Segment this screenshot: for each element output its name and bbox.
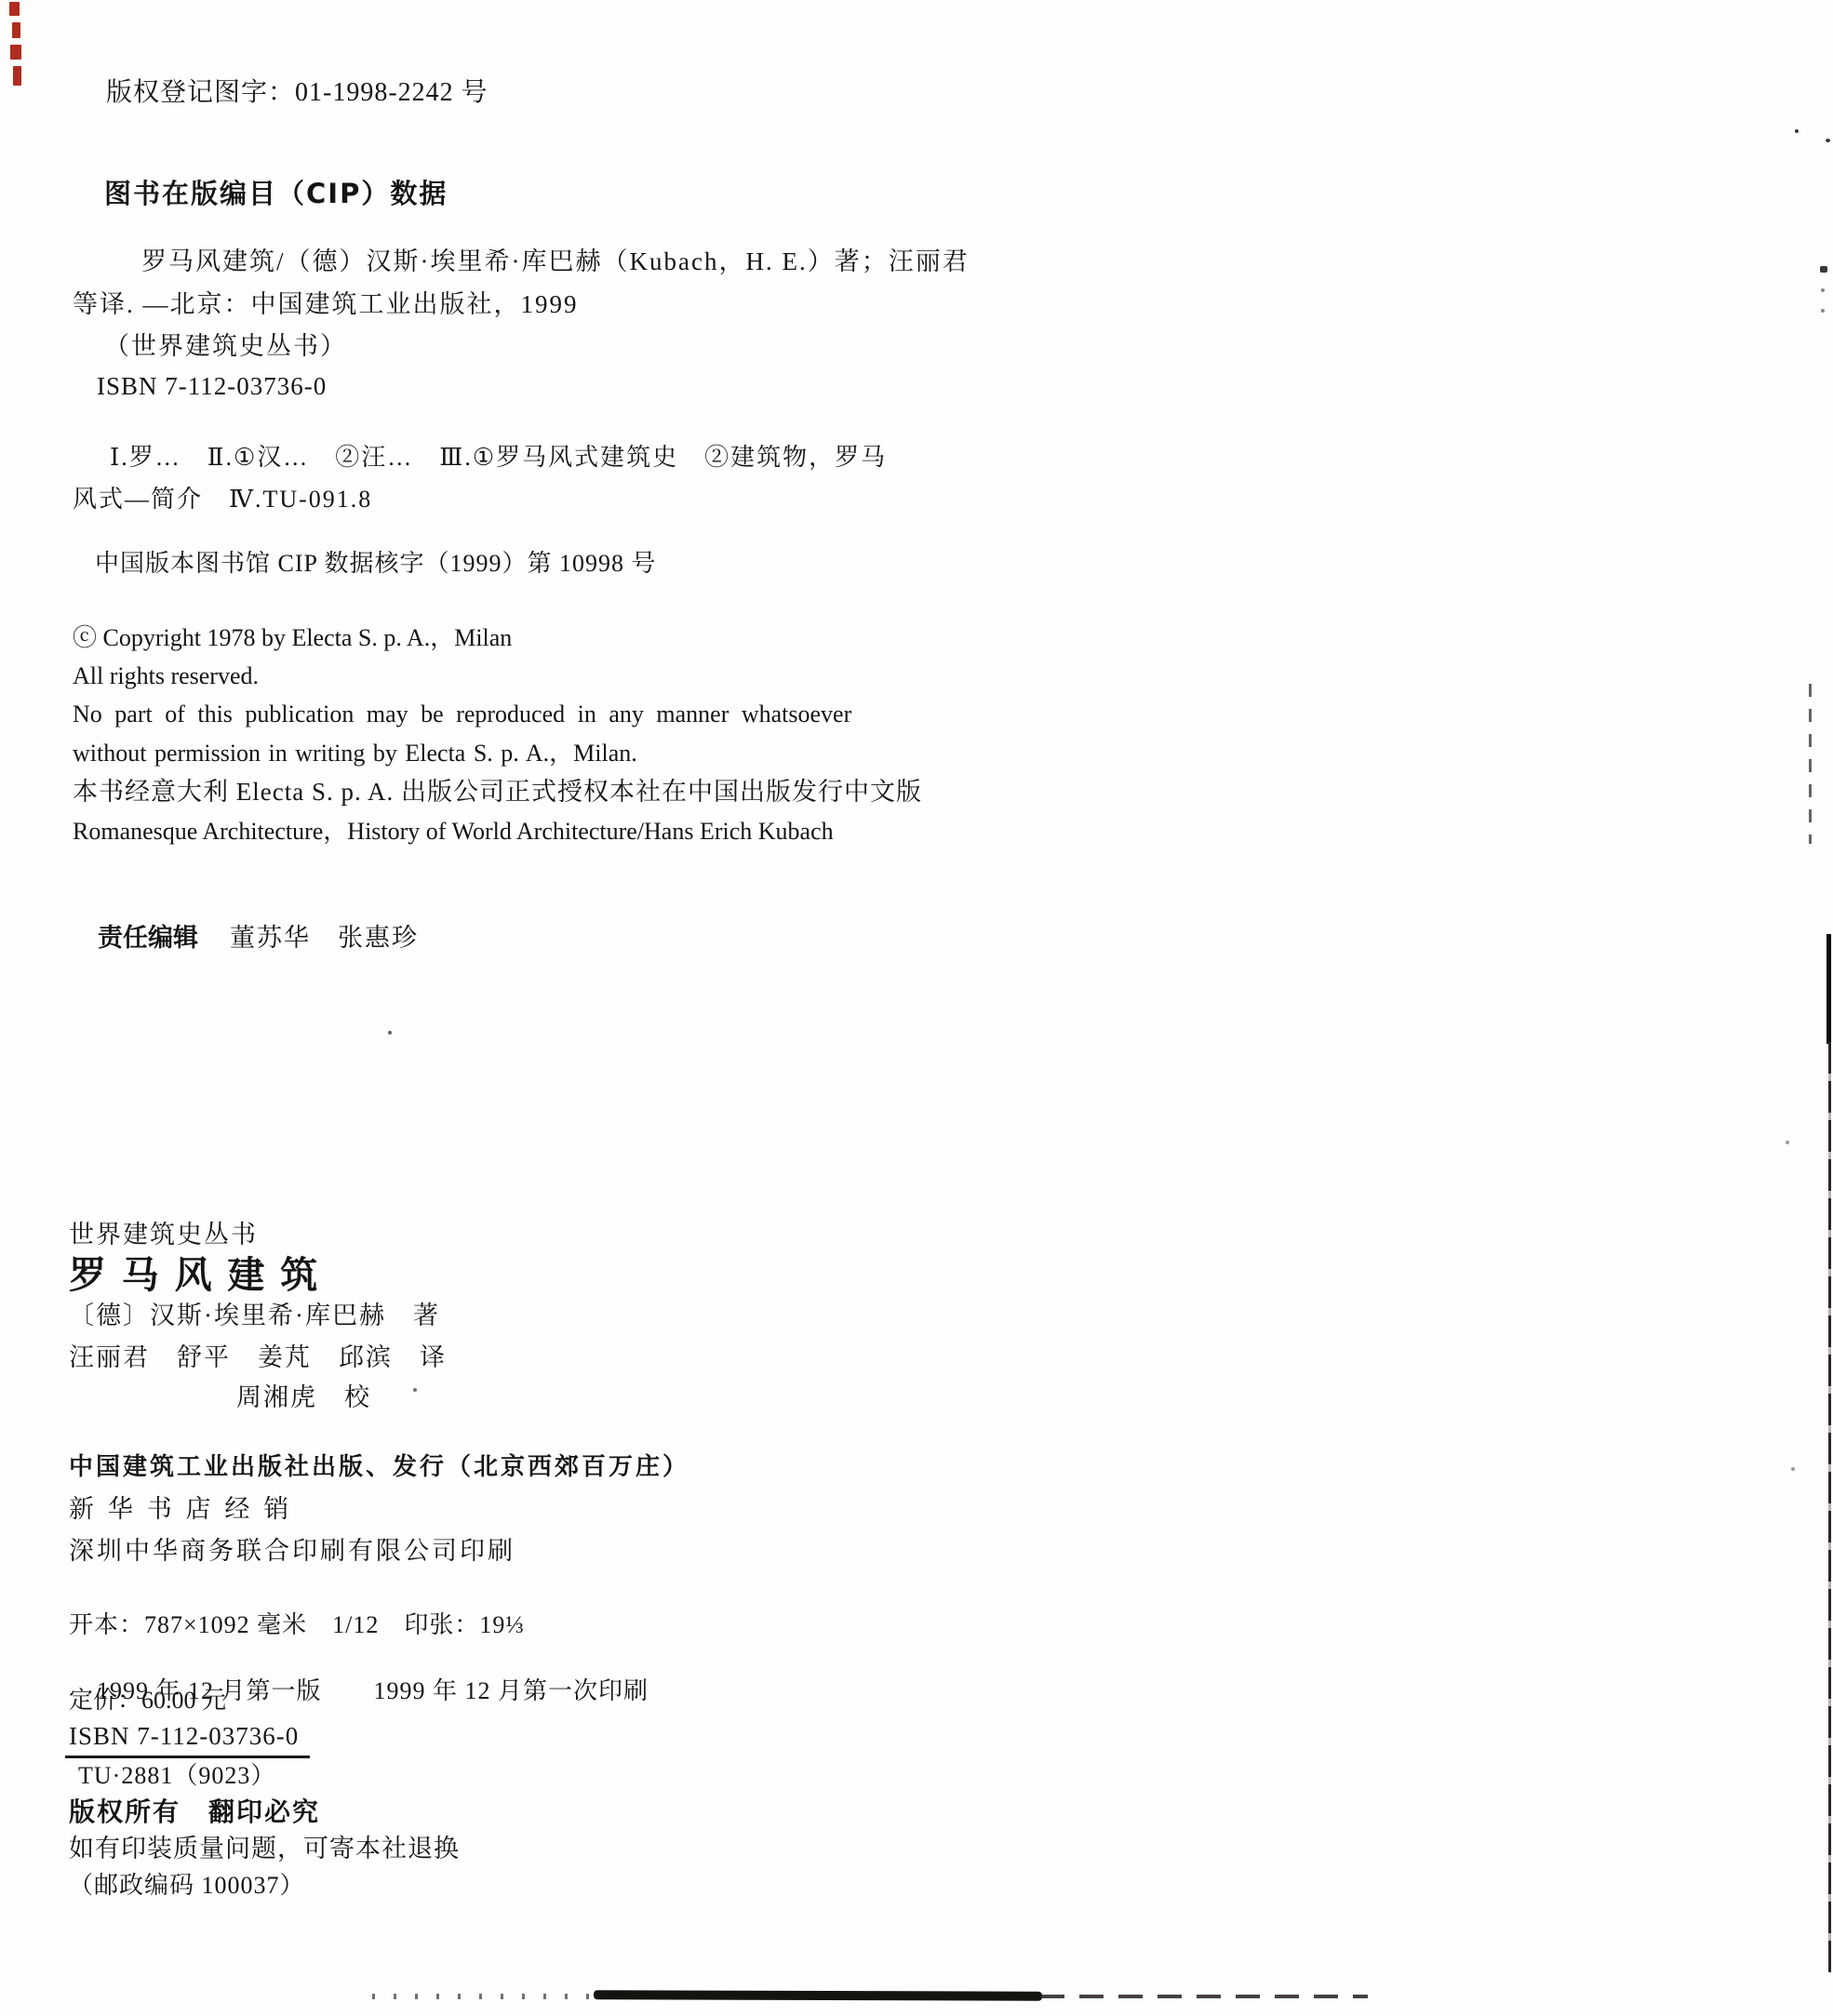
cip-classification-line1: Ⅰ.罗… Ⅱ.①汉… ②汪… Ⅲ.①罗马风式建筑史 ②建筑物，罗马 [110, 444, 887, 472]
scan-artifact-speck [1820, 266, 1827, 273]
scan-artifact-red-mark [10, 45, 21, 60]
book-title: 罗马风建筑 [69, 1254, 333, 1297]
cip-isbn: ISBN 7-112-03736-0 [97, 372, 327, 401]
printer-line: 深圳中华商务联合印刷有限公司印刷 [69, 1537, 515, 1566]
scan-artifact-right-streak-solid [1826, 934, 1831, 1044]
scan-artifact-bottom-streak-tail [1040, 1995, 1368, 1998]
scan-artifact-speck [1795, 129, 1799, 133]
scan-artifact-speck [1821, 309, 1825, 313]
scan-artifact-speck [1826, 139, 1830, 142]
scan-artifact-red-mark [12, 22, 20, 38]
responsible-editors-names: 董苏华 张惠珍 [230, 924, 419, 952]
printing-text: 1999 年 12 月第一次印刷 [374, 1677, 649, 1704]
copyright-line-4: without permission in writing by Electa … [73, 740, 637, 768]
original-title-line: Romanesque Architecture，History of World… [73, 818, 834, 846]
cip-entry-line1: 罗马风建筑/（德）汉斯·埃里希·库巴赫（Kubach，H. E.）著；汪丽君 [141, 247, 970, 276]
scan-artifact-speck [1786, 1141, 1789, 1144]
scan-artifact-speck [388, 1031, 392, 1035]
responsible-editors-label: 责任编辑 [98, 924, 198, 953]
postcode-line: （邮政编码 100037） [69, 1872, 305, 1900]
rights-notice: 版权所有 翻印必究 [69, 1797, 320, 1827]
price-line: 定价：60.00 元 [69, 1687, 226, 1715]
catalog-number-line: TU·2881（9023） [78, 1762, 275, 1790]
scan-artifact-right-streak-thin [1828, 1042, 1831, 1972]
proofreader-line: 周湘虎 校 [236, 1383, 371, 1412]
scan-artifact-speck [1791, 1467, 1795, 1471]
copyright-registration-number: 版权登记图字：01-1998-2242 号 [106, 78, 488, 108]
copyright-line-2: All rights reserved. [73, 662, 259, 690]
copyright-line-3: No part of this publication may be repro… [73, 701, 851, 728]
cip-header: 图书在版编目（CIP）数据 [104, 179, 448, 209]
scan-artifact-right-streak-upper [1809, 684, 1812, 844]
scan-artifact-speck [413, 1388, 417, 1392]
scan-artifact-bottom-streak-main [594, 1990, 1042, 2001]
scan-artifact-bottom-streak-sparse [372, 1994, 600, 1999]
cip-series-note: （世界建筑史丛书） [104, 332, 347, 361]
quality-notice: 如有印装质量问题，可寄本社退换 [69, 1835, 460, 1863]
format-line: 开本：787×1092 毫米 1/12 印张：19⅓ [69, 1611, 525, 1639]
translators-line: 汪丽君 舒平 姜芃 邱滨 译 [69, 1343, 447, 1372]
copyright-authorization-line: 本书经意大利 Electa S. p. A. 出版公司正式授权本社在中国出版发行… [73, 778, 922, 807]
scan-artifact-speck [1821, 288, 1825, 292]
cip-record-number: 中国版本图书馆 CIP 数据核字（1999）第 10998 号 [95, 550, 657, 578]
responsible-editors-line: 责任编辑董苏华 张惠珍 [73, 895, 419, 981]
cip-classification-line2: 风式—简介 Ⅳ.TU-091.8 [73, 486, 372, 514]
scan-artifact-red-mark [9, 2, 20, 16]
series-title: 世界建筑史丛书 [69, 1221, 258, 1249]
copyright-line-1: ⓒ Copyright 1978 by Electa S. p. A.，Mila… [73, 624, 512, 652]
cip-entry-line2: 等译. —北京：中国建筑工业出版社，1999 [73, 290, 579, 319]
publisher-line: 中国建筑工业出版社出版、发行（北京西郊百万庄） [69, 1453, 689, 1481]
copyright-page: 版权登记图字：01-1998-2242 号 图书在版编目（CIP）数据 罗马风建… [0, 0, 1833, 2016]
scan-artifact-red-mark [13, 66, 21, 86]
isbn-line: ISBN 7-112-03736-0 [65, 1722, 310, 1758]
distributor-line: 新华书店经销 [69, 1495, 302, 1524]
author-line: 〔德〕汉斯·埃里希·库巴赫 著 [69, 1302, 440, 1330]
